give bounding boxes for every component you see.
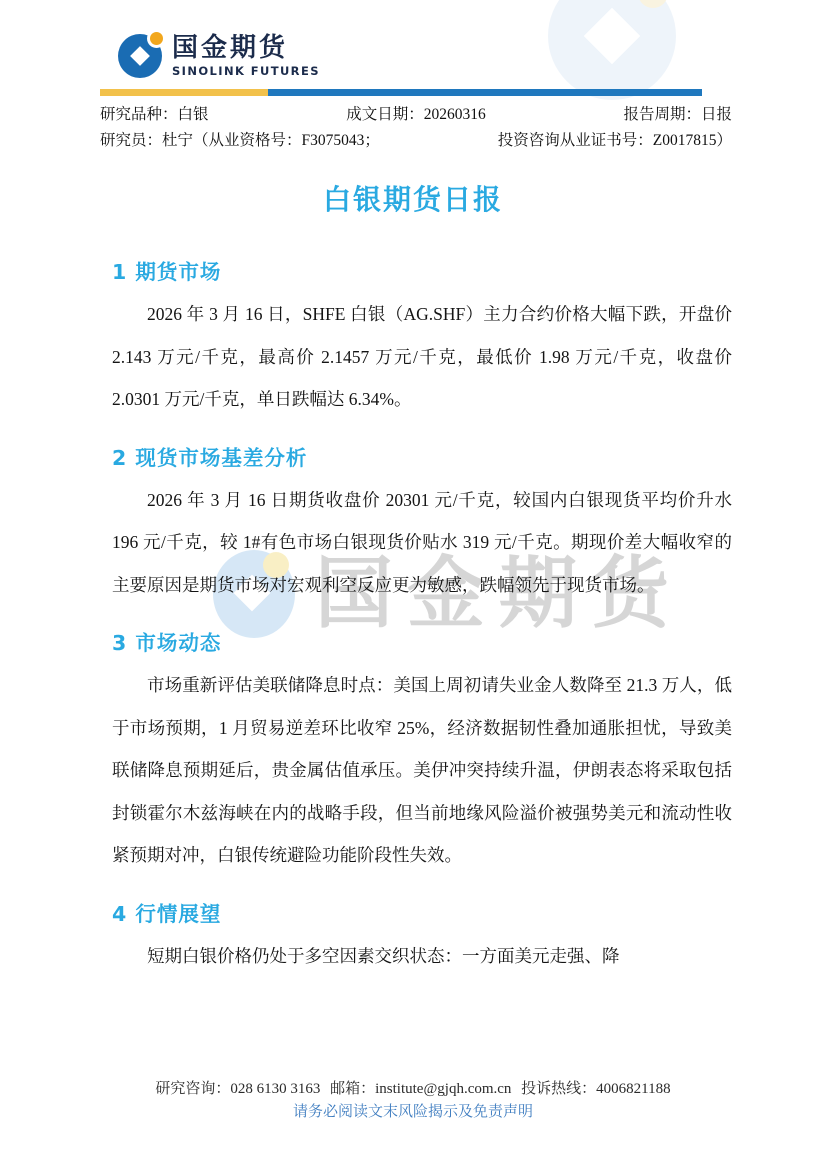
meta-advisory-cert: 投资咨询从业证书号：Z0017815） xyxy=(498,128,732,153)
logo-name-en: SINOLINK FUTURES xyxy=(172,65,320,77)
section-paragraph: 2026 年 3 月 16 日期货收盘价 20301 元/千克，较国内白银现货平… xyxy=(112,479,732,607)
report-body: 1 期货市场 2026 年 3 月 16 日，SHFE 白银（AG.SHF）主力… xyxy=(112,255,732,977)
footer-email: 邮箱：institute@gjqh.com.cn xyxy=(330,1081,511,1097)
logo-name-cn: 国金期货 xyxy=(172,35,320,62)
section-heading-market-news: 3 市场动态 xyxy=(112,626,732,656)
footer-contact-line: 研究咨询：028 6130 3163 邮箱：institute@gjqh.com… xyxy=(0,1077,826,1098)
footer-consult-phone: 研究咨询：028 6130 3163 xyxy=(155,1081,320,1097)
company-logo: 国金期货 SINOLINK FUTURES xyxy=(118,34,320,78)
section-paragraph: 市场重新评估美联储降息时点：美国上周初请失业金人数降至 21.3 万人，低于市场… xyxy=(112,664,732,877)
divider-yellow-segment xyxy=(100,89,268,96)
section-heading-futures-market: 1 期货市场 xyxy=(112,255,732,285)
logo-gold-dot-icon xyxy=(150,32,163,45)
report-meta: 研究品种：白银 成文日期：20260316 报告周期：日报 研究员：杜宁（从业资… xyxy=(100,102,732,153)
page-title: 白银期货日报 xyxy=(0,178,826,218)
watermark-diamond-icon xyxy=(584,8,641,65)
watermark-logo-icon-top xyxy=(548,0,676,100)
meta-row-1: 研究品种：白银 成文日期：20260316 报告周期：日报 xyxy=(100,102,732,127)
watermark-gold-dot-icon xyxy=(638,0,668,8)
meta-row-2: 研究员：杜宁（从业资格号：F3075043； 投资咨询从业证书号：Z001781… xyxy=(100,128,732,153)
meta-report-period: 报告周期：日报 xyxy=(623,102,732,127)
divider-blue-segment xyxy=(268,89,702,96)
section-paragraph: 短期白银价格仍处于多空因素交织状态：一方面美元走强、降 xyxy=(112,935,732,978)
section-heading-outlook: 4 行情展望 xyxy=(112,897,732,927)
meta-researcher: 研究员：杜宁（从业资格号：F3075043； xyxy=(100,128,380,153)
meta-research-type: 研究品种：白银 xyxy=(100,102,209,127)
sinolink-logo-icon xyxy=(118,34,162,78)
logo-text: 国金期货 SINOLINK FUTURES xyxy=(172,35,320,77)
footer-disclaimer: 请务必阅读文末风险揭示及免责声明 xyxy=(0,1100,826,1121)
report-page: 国金期货 SINOLINK FUTURES 研究品种：白银 成文日期：20260… xyxy=(0,0,826,1169)
header-divider-bar xyxy=(100,89,702,96)
section-paragraph: 2026 年 3 月 16 日，SHFE 白银（AG.SHF）主力合约价格大幅下… xyxy=(112,293,732,421)
meta-write-date: 成文日期：20260316 xyxy=(346,102,486,127)
footer-hotline: 投诉热线：4006821188 xyxy=(521,1081,670,1097)
section-heading-spot-basis: 2 现货市场基差分析 xyxy=(112,441,732,471)
